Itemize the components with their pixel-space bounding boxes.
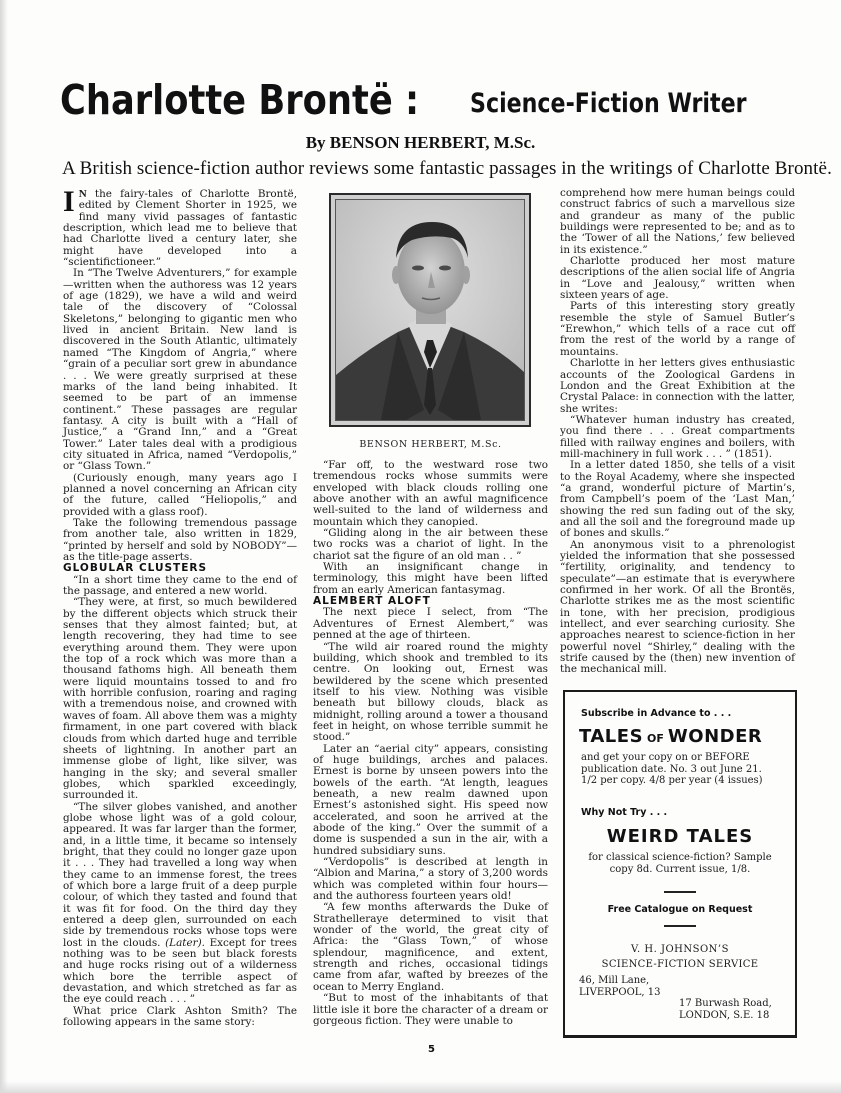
ad-company-service: SCIENCE-FICTION SERVICE — [565, 959, 795, 971]
paragraph: “In a short time they came to the end of… — [63, 575, 297, 598]
portrait-illustration — [336, 200, 524, 420]
paragraph-text: the fairy-tales of Charlotte Brontë, edi… — [63, 188, 297, 268]
article-title: Charlotte Brontë : Science-Fiction Writ… — [60, 76, 800, 126]
photo-caption: BENSON HERBERT, M.Sc. — [313, 439, 548, 450]
ad-free-catalogue: Free Catalogue on Request — [565, 904, 795, 915]
paragraph: Charlotte produced her most mature descr… — [560, 256, 795, 301]
page-number: 5 — [428, 1044, 435, 1055]
title-subtitle: Science-Fiction Writer — [470, 88, 747, 119]
ad-divider — [565, 925, 795, 927]
section-heading: GLOBULAR CLUSTERS — [63, 563, 297, 574]
paragraph: “But to most of the inhabitants of that … — [313, 993, 548, 1027]
author-photo — [329, 193, 531, 427]
paragraph: In “The Twelve Adventurers,” for example… — [63, 268, 297, 472]
column-1: IN the fairy-tales of Charlotte Brontë, … — [63, 189, 297, 1028]
column-2: “Far off, to the westward rose two treme… — [313, 460, 548, 1027]
paragraph: Take the following tremendous passage fr… — [63, 518, 297, 563]
paragraph: IN the fairy-tales of Charlotte Brontë, … — [63, 189, 297, 268]
title-main: Charlotte Brontë : — [60, 76, 419, 124]
paragraph: “The silver globes vanished, and another… — [63, 802, 297, 1006]
photo-inner — [335, 199, 525, 421]
paragraph-aside: (Later). — [165, 937, 205, 949]
paragraph: comprehend how mere human beings could c… — [560, 188, 795, 256]
magazine-page: Charlotte Brontë : Science-Fiction Writ… — [0, 0, 841, 1093]
paragraph: “A few months afterwards the Duke of Str… — [313, 902, 548, 993]
ad-divider — [565, 891, 795, 893]
paragraph: An anonymous visit to a phrenologist yie… — [560, 540, 795, 676]
paragraph: “They were, at first, so much bewildered… — [63, 597, 297, 801]
drop-cap-rest: N — [79, 188, 87, 200]
ad-company-name: V. H. JOHNSON’S — [565, 944, 795, 956]
byline: By BENSON HERBERT, M.Sc. — [0, 133, 841, 153]
ad-lead-subscribe: Subscribe in Advance to . . . — [581, 708, 731, 719]
paragraph: What price Clark Ashton Smith? The follo… — [63, 1006, 297, 1029]
paragraph-text: “The silver globes vanished, and another… — [63, 801, 297, 949]
ad-magazine-tales-of-wonder: TALES OF WONDER — [579, 726, 762, 747]
column-3: comprehend how mere human beings could c… — [560, 188, 795, 676]
paragraph: Charlotte in her letters gives enthusias… — [560, 358, 795, 415]
paragraph: Later an “aerial city” appears, consisti… — [313, 744, 548, 857]
paragraph: “Far off, to the westward rose two treme… — [313, 460, 548, 528]
drop-cap: I — [63, 190, 75, 214]
paragraph: “Gliding along in the air between these … — [313, 528, 548, 562]
ad-address-london: 17 Burwash Road, LONDON, S.E. 18 — [679, 998, 772, 1021]
paragraph: (Curiously enough, many years ago I plan… — [63, 473, 297, 518]
standfirst: A British science-fiction author reviews… — [62, 158, 802, 180]
paragraph: “The wild air roared round the mighty bu… — [313, 642, 548, 744]
ad-lead-why-not-try: Why Not Try . . . — [581, 807, 667, 818]
ad-magazine-weird-tales: WEIRD TALES — [565, 826, 795, 847]
paragraph: In a letter dated 1850, she tells of a v… — [560, 460, 795, 539]
paragraph: “Verdopolis” is described at length in “… — [313, 857, 548, 902]
paragraph: Parts of this interesting story greatly … — [560, 301, 795, 358]
advertisement-box: Subscribe in Advance to . . . TALES OF W… — [563, 690, 797, 1038]
paragraph: The next piece I select, from “The Adven… — [313, 607, 548, 641]
paragraph: “Whatever human industry has created, yo… — [560, 415, 795, 460]
ad-tales-of-wonder-details: and get your copy on or BEFORE publicati… — [581, 752, 791, 787]
paragraph: With an insignificant change in terminol… — [313, 562, 548, 596]
ad-weird-tales-details: for classical science-fiction? Sample co… — [565, 852, 795, 875]
ad-address-liverpool: 46, Mill Lane, LIVERPOOL, 13 — [579, 975, 661, 998]
